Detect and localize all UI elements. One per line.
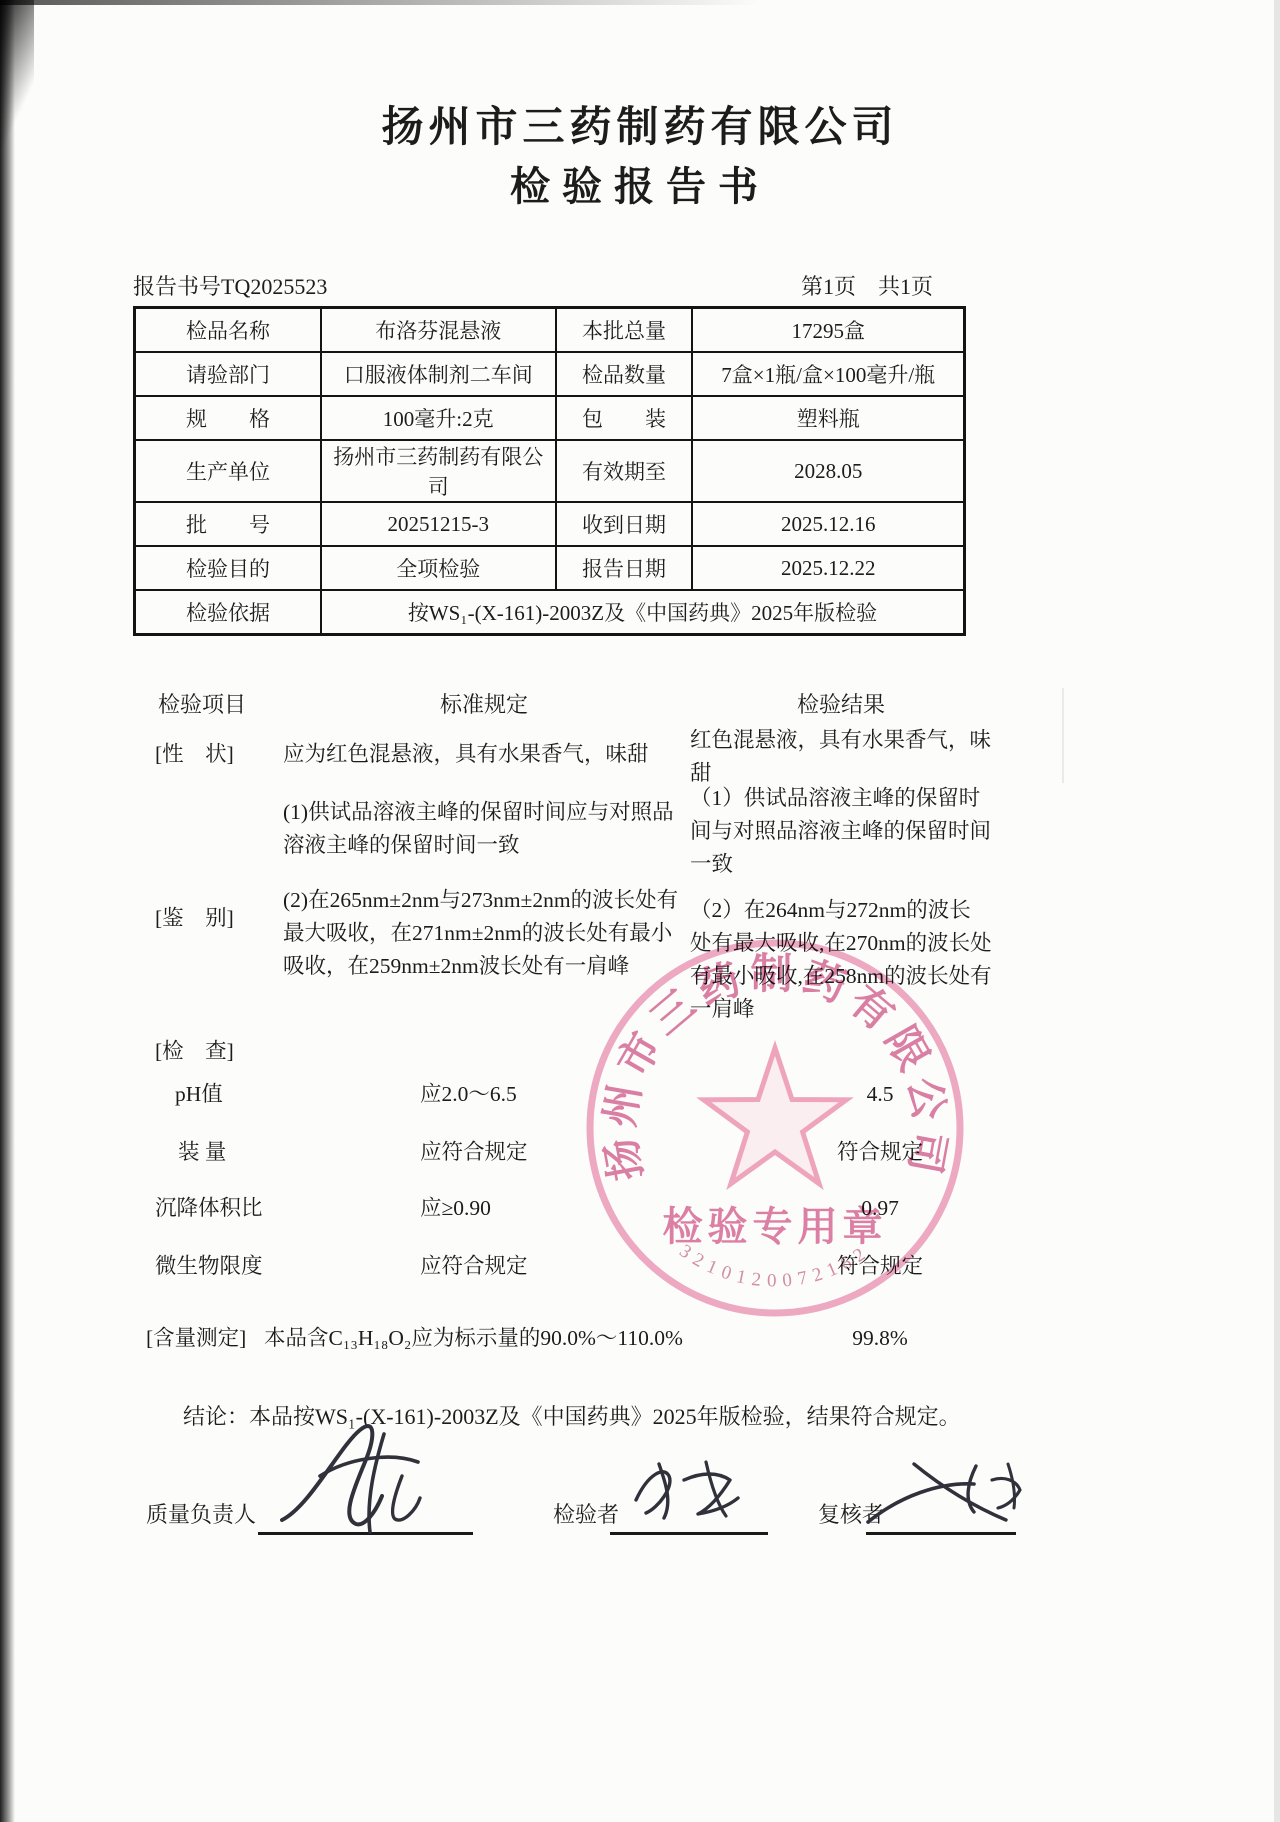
stamp-label-text: 检验专用章 [663, 1204, 888, 1249]
field-value: 2025.12.16 [692, 502, 964, 546]
check-item: 沉降体积比 [155, 1192, 263, 1225]
field-label: 有效期至 [556, 440, 693, 502]
table-row: 生产单位 扬州市三药制药有限公司 有效期至 2028.05 [135, 440, 965, 502]
scan-edge-left [0, 0, 15, 1822]
table-row: 规 格 100毫升:2克 包 装 塑料瓶 [135, 396, 965, 440]
scan-edge-right [1274, 0, 1280, 1822]
field-label: 生产单位 [135, 440, 321, 502]
field-label: 检验依据 [135, 590, 321, 635]
column-header-standard: 标准规定 [283, 688, 685, 719]
check-item: 装 量 [178, 1136, 226, 1169]
field-value: 100毫升:2克 [321, 396, 556, 440]
field-label: 检验目的 [135, 546, 321, 590]
inspector-signature-handwriting [614, 1450, 764, 1530]
field-value: 口服液体制剂二车间 [321, 352, 556, 396]
identification-result-1: （1）供试品溶液主峰的保留时间与对照品溶液主峰的保留时间一致 [690, 782, 992, 881]
field-value: 按WS₁-(X-161)-2003Z及《中国药典》2025年版检验 [321, 590, 965, 635]
table-row: 请验部门 口服液体制剂二车间 检品数量 7盒×1瓶/盒×100毫升/瓶 [135, 352, 965, 396]
inspector-signature-label: 检验者 [553, 1498, 619, 1529]
inspection-seal-stamp: 扬州市三药制药有限公司 检验专用章 3210120072162 [575, 928, 975, 1328]
table-row: 检品名称 布洛芬混悬液 本批总量 17295盒 [135, 308, 965, 353]
field-value: 布洛芬混悬液 [321, 308, 556, 353]
field-label: 规 格 [135, 396, 321, 440]
inspection-report-page: 扬州市三药制药有限公司 检验报告书 报告书号TQ2025523 第1页 共1页 … [0, 0, 1280, 1822]
section-label-identification: [鉴 别] [155, 902, 295, 935]
identification-standard-1: (1)供试品溶液主峰的保留时间应与对照品溶液主峰的保留时间一致 [283, 796, 685, 862]
table-row: 检验目的 全项检验 报告日期 2025.12.22 [135, 546, 965, 590]
paper-crease [1062, 688, 1064, 783]
qa-signature-handwriting [262, 1418, 472, 1538]
field-label: 批 号 [135, 502, 321, 546]
field-label: 包 装 [556, 396, 693, 440]
section-label-assay: [含量测定] [146, 1322, 246, 1355]
field-label: 收到日期 [556, 502, 693, 546]
field-label: 报告日期 [556, 546, 693, 590]
field-value: 20251215-3 [321, 502, 556, 546]
scan-edge-top [0, 0, 760, 5]
check-item: 微生物限度 [155, 1250, 263, 1283]
appearance-result: 红色混悬液，具有水果香气，味甜 [690, 724, 992, 790]
field-label: 本批总量 [556, 308, 693, 353]
field-label: 请验部门 [135, 352, 321, 396]
check-item: pH值 [175, 1078, 223, 1111]
company-title: 扬州市三药制药有限公司 [0, 94, 1280, 154]
field-value: 扬州市三药制药有限公司 [321, 440, 556, 502]
appearance-standard: 应为红色混悬液，具有水果香气，味甜 [283, 738, 685, 771]
stamp-star-icon [704, 1048, 847, 1184]
sample-info-table: 检品名称 布洛芬混悬液 本批总量 17295盒 请验部门 口服液体制剂二车间 检… [133, 306, 966, 636]
inspector-signature-line [610, 1532, 768, 1535]
table-row-basis: 检验依据 按WS₁-(X-161)-2003Z及《中国药典》2025年版检验 [135, 590, 965, 635]
section-label-checks: [检 查] [155, 1035, 234, 1068]
column-header-item: 检验项目 [158, 688, 246, 719]
scan-edge-top-left [0, 0, 34, 150]
page-indicator: 第1页 共1页 [801, 270, 933, 301]
field-value: 2028.05 [692, 440, 964, 502]
field-value: 17295盒 [692, 308, 964, 353]
field-label: 检品数量 [556, 352, 693, 396]
field-value: 全项检验 [321, 546, 556, 590]
field-value: 2025.12.22 [692, 546, 964, 590]
reviewer-signature-handwriting [856, 1452, 1036, 1534]
qa-signature-label: 质量负责人 [146, 1498, 256, 1529]
section-label-appearance: [性 状] [155, 738, 295, 771]
column-header-result: 检验结果 [690, 688, 992, 719]
report-title: 检验报告书 [0, 155, 1280, 212]
field-value: 塑料瓶 [692, 396, 964, 440]
report-meta-line: 报告书号TQ2025523 第1页 共1页 [133, 270, 933, 301]
field-value: 7盒×1瓶/盒×100毫升/瓶 [692, 352, 964, 396]
table-row: 批 号 20251215-3 收到日期 2025.12.16 [135, 502, 965, 546]
field-label: 检品名称 [135, 308, 321, 353]
report-number: 报告书号TQ2025523 [133, 270, 327, 301]
